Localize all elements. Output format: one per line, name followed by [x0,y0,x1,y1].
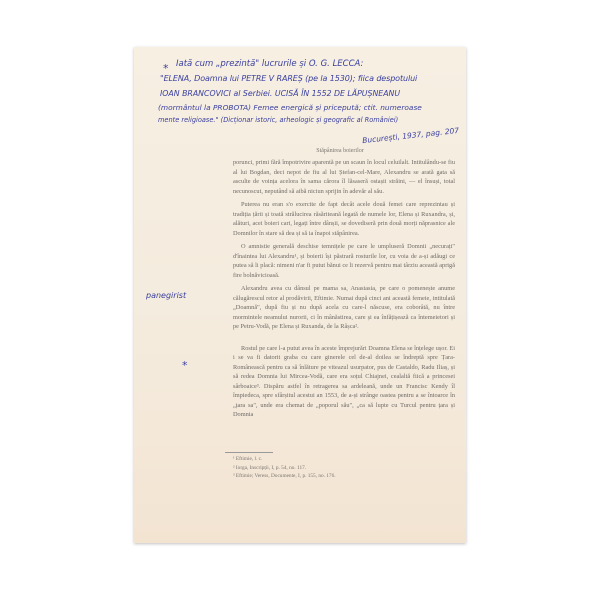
footnote-2: ² Iorga, Inscripții, I, p. 54, no. 117. [233,464,453,473]
footnotes: ¹ Eftimie, l. c. ² Iorga, Inscripții, I,… [233,455,453,481]
handwritten-line-4: (mormântul la PROBOTA) Femee energică și… [158,104,422,111]
paragraph-1: porunci, primi fără împotrivire aparentă… [233,158,455,196]
paragraph-3: O amnistie generală deschise temnițele p… [233,242,455,280]
handwritten-line-1: Iată cum „prezintă" lucrurile și O. G. L… [176,60,363,69]
handwritten-line-2: "ELENA, Doamna lui PETRE V RAREȘ (pe la … [160,75,417,83]
running-header: Stăpânirea boierilor [255,148,425,154]
footnote-3: ³ Eftimie; Veress, Documente, I, p. 155,… [233,472,453,481]
paragraph-2: Puterea nu eran s'o exercite de fapt dec… [233,200,455,238]
paragraph-4: Alexandru avea cu dânsul pe mama sa, Ana… [233,284,455,332]
footnote-divider [225,452,273,453]
body-text: porunci, primi fără împotrivire aparentă… [233,158,455,420]
asterisk-margin-mark: * [182,359,188,372]
paragraph-5: Rostul pe care l-a putut avea în aceste … [233,344,455,420]
footnote-1: ¹ Eftimie, l. c. [233,455,453,464]
handwritten-line-5: mente religioase." (Dicționar istoric, a… [158,117,398,124]
handwritten-line-3: IOAN BRANCOVICI al Serbiei. UCISĂ ÎN 155… [160,90,400,98]
margin-note-panegirist: panegirist [146,292,186,300]
